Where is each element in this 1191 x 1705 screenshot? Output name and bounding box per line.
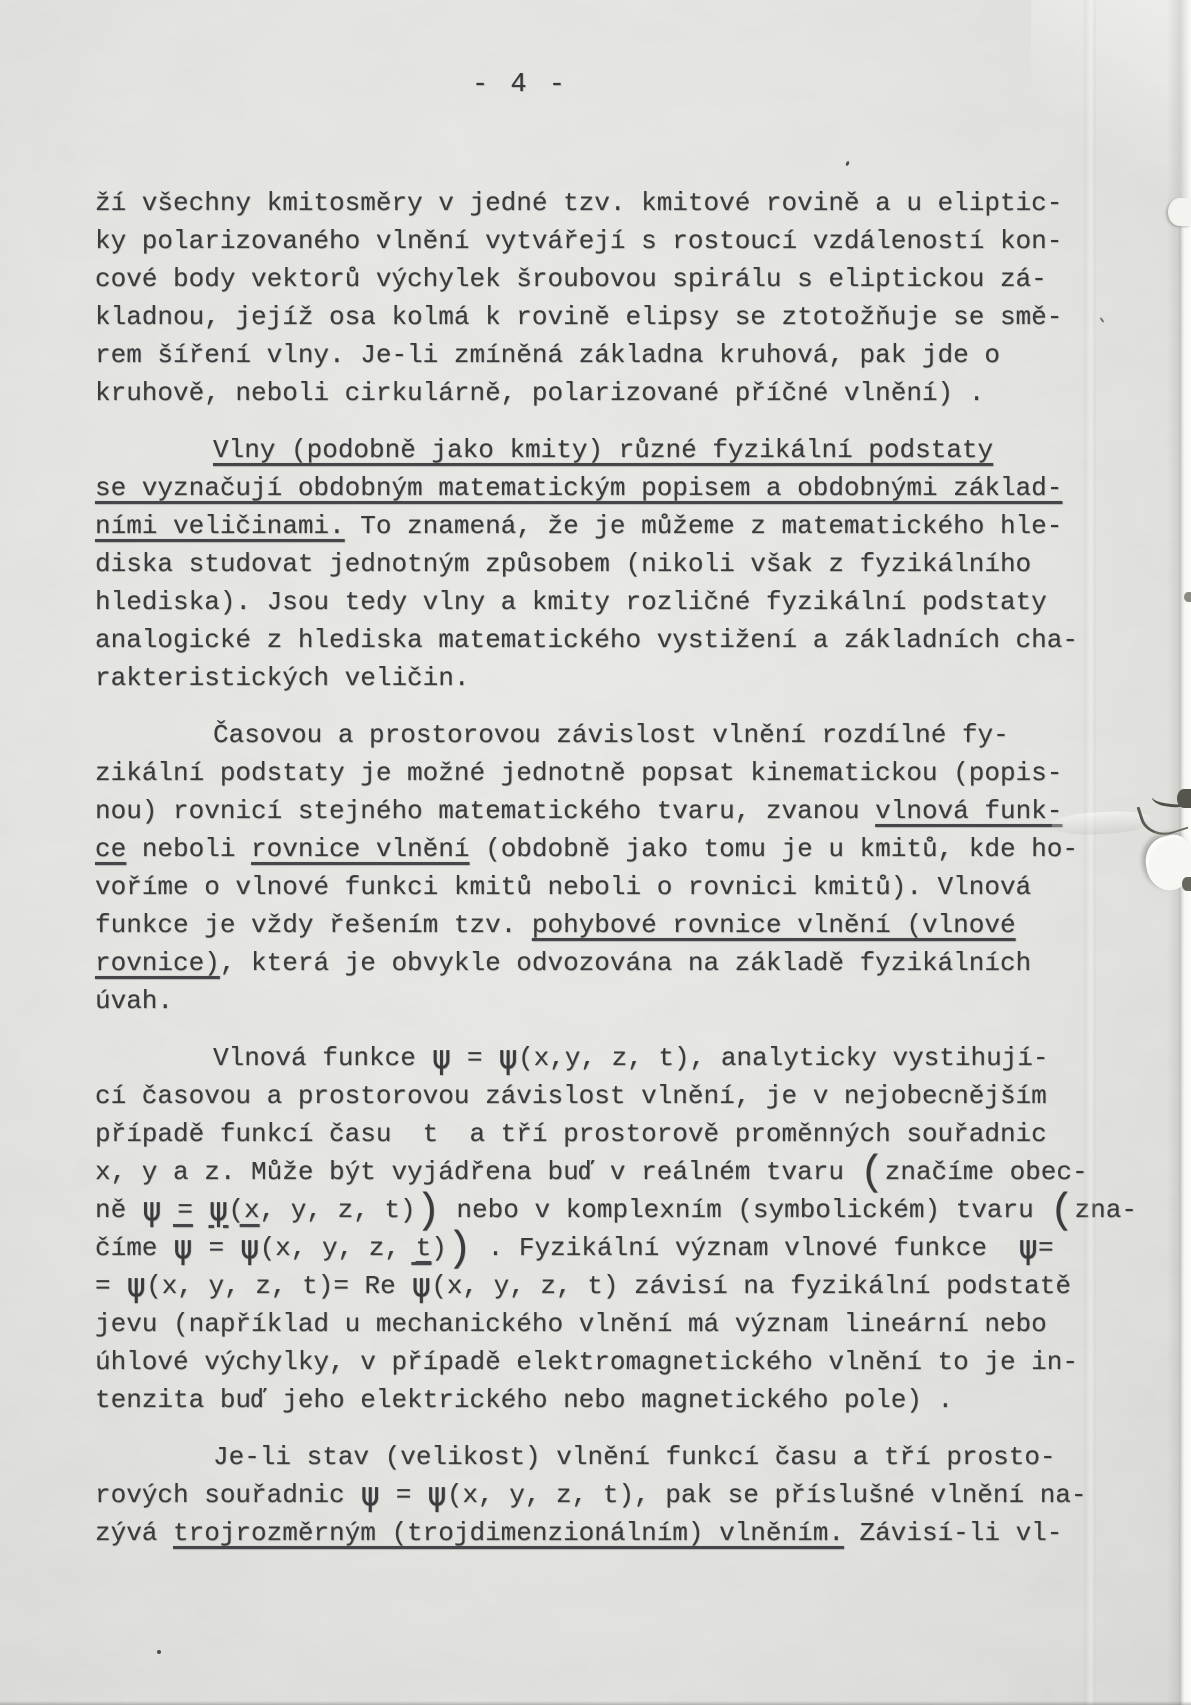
paper-edge-notch — [1182, 877, 1191, 891]
text-line: ží všechny kmitosměry v jedné tzv. kmito… — [95, 184, 1075, 222]
text-line: Je-li stav (velikost) vlnění funkcí času… — [95, 1438, 1075, 1476]
psi-symbol: ψ — [240, 1227, 260, 1266]
text-line: ky polarizovaného vlnění vytvářejí s ros… — [95, 222, 1075, 260]
text-segment: případě funkcí času t a tří prostorově p… — [95, 1119, 1047, 1149]
text-segment: tenzita buď jeho elektrického nebo magne… — [95, 1385, 953, 1415]
text-segment: = — [193, 1233, 240, 1263]
underlined-text: t — [416, 1233, 432, 1263]
text-segment: neboli — [126, 834, 251, 864]
text-segment: rem šíření vlny. Je-li zmíněná základna … — [95, 340, 1000, 370]
text-segment: Časovou a prostorovou závislost vlnění r… — [213, 720, 1009, 750]
text-segment: . Fyzikální význam vlnové funkce — [472, 1233, 1018, 1263]
text-segment: zna- — [1075, 1195, 1137, 1225]
paper-bottom-edge — [0, 1701, 1191, 1705]
psi-symbol: ψ — [427, 1474, 447, 1513]
text-line: zikální podstaty je možné jednotně popsa… — [95, 754, 1075, 792]
text-segment: diska studovat jednotným způsobem (nikol… — [95, 549, 1031, 579]
text-segment: rových souřadnic — [95, 1480, 360, 1510]
text-line: zývá trojrozměrným (trojdimenzionálním) … — [95, 1514, 1075, 1552]
psi-symbol: ψ — [1018, 1227, 1038, 1266]
underlined-text: vlnová funk- — [875, 796, 1062, 826]
text-segment: nou) rovnicí stejného matematického tvar… — [95, 796, 875, 826]
underlined-text: pohybové rovnice vlnění (vlnové — [532, 910, 1016, 940]
psi-symbol: ψ — [173, 1227, 193, 1266]
text-segment: Vlnová funkce — [213, 1043, 431, 1073]
text-line: kladnou, jejíž osa kolmá k rovině elipsy… — [95, 298, 1075, 336]
text-line: rakteristických veličin. — [95, 659, 1075, 697]
text-segment: jevu (například u mechanického vlnění má… — [95, 1309, 1047, 1339]
text-line: rovnice), která je obvykle odvozována na… — [95, 944, 1075, 982]
text-line: analogické z hlediska matematického vyst… — [95, 621, 1075, 659]
underlined-text: rovnice vlnění — [251, 834, 469, 864]
underlined-text: ními veličinami. — [95, 511, 345, 541]
underlined-text: rovnice) — [95, 948, 220, 978]
text-segment: zikální podstaty je možné jednotně popsa… — [95, 758, 1062, 788]
text-line: hlediska). Jsou tedy vlny a kmity rozlič… — [95, 583, 1075, 621]
text-segment: x, y a z. Může být vyjádřena buď v reáln… — [95, 1157, 860, 1187]
text-line: Vlny (podobně jako kmity) různé fyzikáln… — [95, 431, 1075, 469]
text-segment: Závisí-li vl- — [844, 1518, 1062, 1548]
text-line: Časovou a prostorovou závislost vlnění r… — [95, 716, 1075, 754]
psi-symbol: ψ — [498, 1037, 518, 1076]
big-parenthesis: ( — [860, 1149, 885, 1197]
page-number: - 4 - — [452, 70, 588, 100]
text-segment: (x,y, z, t), analyticky vystihují- — [518, 1043, 1049, 1073]
ink-speck — [1099, 317, 1104, 323]
text-segment: úhlové výchylky, v případě elektromagnet… — [95, 1347, 1078, 1377]
text-segment: hlediska). Jsou tedy vlny a kmity rozlič… — [95, 587, 1047, 617]
psi-symbol: ψ — [431, 1037, 451, 1076]
text-segment: = — [451, 1043, 498, 1073]
text-segment: voříme o vlnové funkci kmitů neboli o ro… — [95, 872, 1031, 902]
text-segment: značíme obec- — [885, 1157, 1088, 1187]
text-segment: = — [162, 1195, 209, 1225]
text-line: úhlové výchylky, v případě elektromagnet… — [95, 1343, 1075, 1381]
text-segment: číme — [95, 1233, 173, 1263]
paper-edge-bump — [1168, 198, 1191, 226]
text-line: x, y a z. Může být vyjádřena buď v reáln… — [95, 1153, 1075, 1191]
big-parenthesis: ) — [416, 1187, 441, 1235]
text-segment: (x, y, z, t)= Re — [146, 1271, 411, 1301]
text-segment: ně — [95, 1195, 142, 1225]
text-line: ními veličinami. To znamená, že je můžem… — [95, 507, 1075, 545]
underlined-text: Vlny (podobně jako kmity) různé fyzikáln… — [213, 435, 993, 465]
text-segment: (x, y, z, t) závisí na fyzikální podstat… — [431, 1271, 1071, 1301]
underlined-text: ce — [95, 834, 126, 864]
text-segment: (x, y, z, t), pak se příslušné vlnění na… — [447, 1480, 1087, 1510]
text-segment: rakteristických veličin. — [95, 663, 469, 693]
paper-edge-notch — [1177, 789, 1191, 808]
text-segment: = — [380, 1480, 427, 1510]
text-segment: (x, y, z, — [260, 1233, 416, 1263]
text-line: jevu (například u mechanického vlnění má… — [95, 1305, 1075, 1343]
text-line: rem šíření vlny. Je-li zmíněná základna … — [95, 336, 1075, 374]
text-segment: analogické z hlediska matematického vyst… — [95, 625, 1078, 655]
text-segment: kladnou, jejíž osa kolmá k rovině elipsy… — [95, 302, 1062, 332]
text-line: kruhově, neboli cirkulárně, polarizované… — [95, 374, 1075, 412]
text-segment: ) — [431, 1233, 447, 1263]
text-line: nou) rovnicí stejného matematického tvar… — [95, 792, 1075, 830]
underlined-text: trojrozměrným (trojdimenzionálním) vlněn… — [173, 1518, 844, 1548]
text-segment: (obdobně jako tomu je u kmitů, kde ho- — [469, 834, 1078, 864]
psi-symbol: ψ — [209, 1189, 229, 1228]
text-segment: , která je obvykle odvozována na základě… — [220, 948, 1031, 978]
ink-speck — [845, 161, 850, 167]
text-segment: kruhově, neboli cirkulárně, polarizované… — [95, 378, 984, 408]
psi-symbol: ψ — [411, 1265, 431, 1304]
text-line: číme ψ = ψ(x, y, z, t)) . Fyzikální význ… — [95, 1229, 1075, 1267]
psi-symbol: ψ — [360, 1474, 380, 1513]
text-line: případě funkcí času t a tří prostorově p… — [95, 1115, 1075, 1153]
text-segment: úvah. — [95, 986, 173, 1016]
text-segment: funkce je vždy řešením tzv. — [95, 910, 532, 940]
underlined-text: se vyznačují obdobným matematickým popis… — [95, 473, 1062, 503]
text-line: voříme o vlnové funkci kmitů neboli o ro… — [95, 868, 1075, 906]
text-segment: zývá — [95, 1518, 173, 1548]
psi-symbol: ψ — [126, 1265, 146, 1304]
text-line: Vlnová funkce ψ = ψ(x,y, z, t), analytic… — [95, 1039, 1075, 1077]
text-segment: (x, y, z, t) — [228, 1195, 415, 1225]
text-line: ce neboli rovnice vlnění (obdobně jako t… — [95, 830, 1075, 868]
text-segment: cí časovou a prostorovou závislost vlněn… — [95, 1081, 1047, 1111]
paper-right-edge — [1179, 205, 1191, 1705]
document-text: ží všechny kmitosměry v jedné tzv. kmito… — [95, 184, 1075, 1552]
text-segment: = — [1038, 1233, 1054, 1263]
text-line: tenzita buď jeho elektrického nebo magne… — [95, 1381, 1075, 1419]
text-line: rových souřadnic ψ = ψ(x, y, z, t), pak … — [95, 1476, 1075, 1514]
text-line: diska studovat jednotným způsobem (nikol… — [95, 545, 1075, 583]
text-line: cí časovou a prostorovou závislost vlněn… — [95, 1077, 1075, 1115]
text-segment: = — [95, 1271, 126, 1301]
text-segment: ží všechny kmitosměry v jedné tzv. kmito… — [95, 188, 1062, 218]
text-segment: cové body vektorů výchylek šroubovou spi… — [95, 264, 1047, 294]
paper-edge-notch — [1184, 592, 1191, 602]
ink-speck — [157, 1650, 161, 1654]
text-segment: nebo v komplexním (symbolickém) tvaru — [441, 1195, 1050, 1225]
text-line: = ψ(x, y, z, t)= Re ψ(x, y, z, t) závisí… — [95, 1267, 1075, 1305]
text-line: ně ψ = ψ(x, y, z, t)) nebo v komplexním … — [95, 1191, 1075, 1229]
document-page: - 4 - ží všechny kmitosměry v jedné tzv.… — [0, 0, 1191, 1705]
text-line: cové body vektorů výchylek šroubovou spi… — [95, 260, 1075, 298]
text-segment: Je-li stav (velikost) vlnění funkcí času… — [213, 1442, 1056, 1472]
text-segment: ky polarizovaného vlnění vytvářejí s ros… — [95, 226, 1062, 256]
text-line: funkce je vždy řešením tzv. pohybové rov… — [95, 906, 1075, 944]
big-parenthesis: ) — [447, 1225, 472, 1273]
text-segment: To znamená, že je můžeme z matematického… — [345, 511, 1063, 541]
text-line: se vyznačují obdobným matematickým popis… — [95, 469, 1075, 507]
paper-vertical-crease — [1084, 0, 1096, 1705]
text-line: úvah. — [95, 982, 1075, 1020]
big-parenthesis: ( — [1049, 1187, 1074, 1235]
psi-symbol: ψ — [142, 1189, 162, 1228]
